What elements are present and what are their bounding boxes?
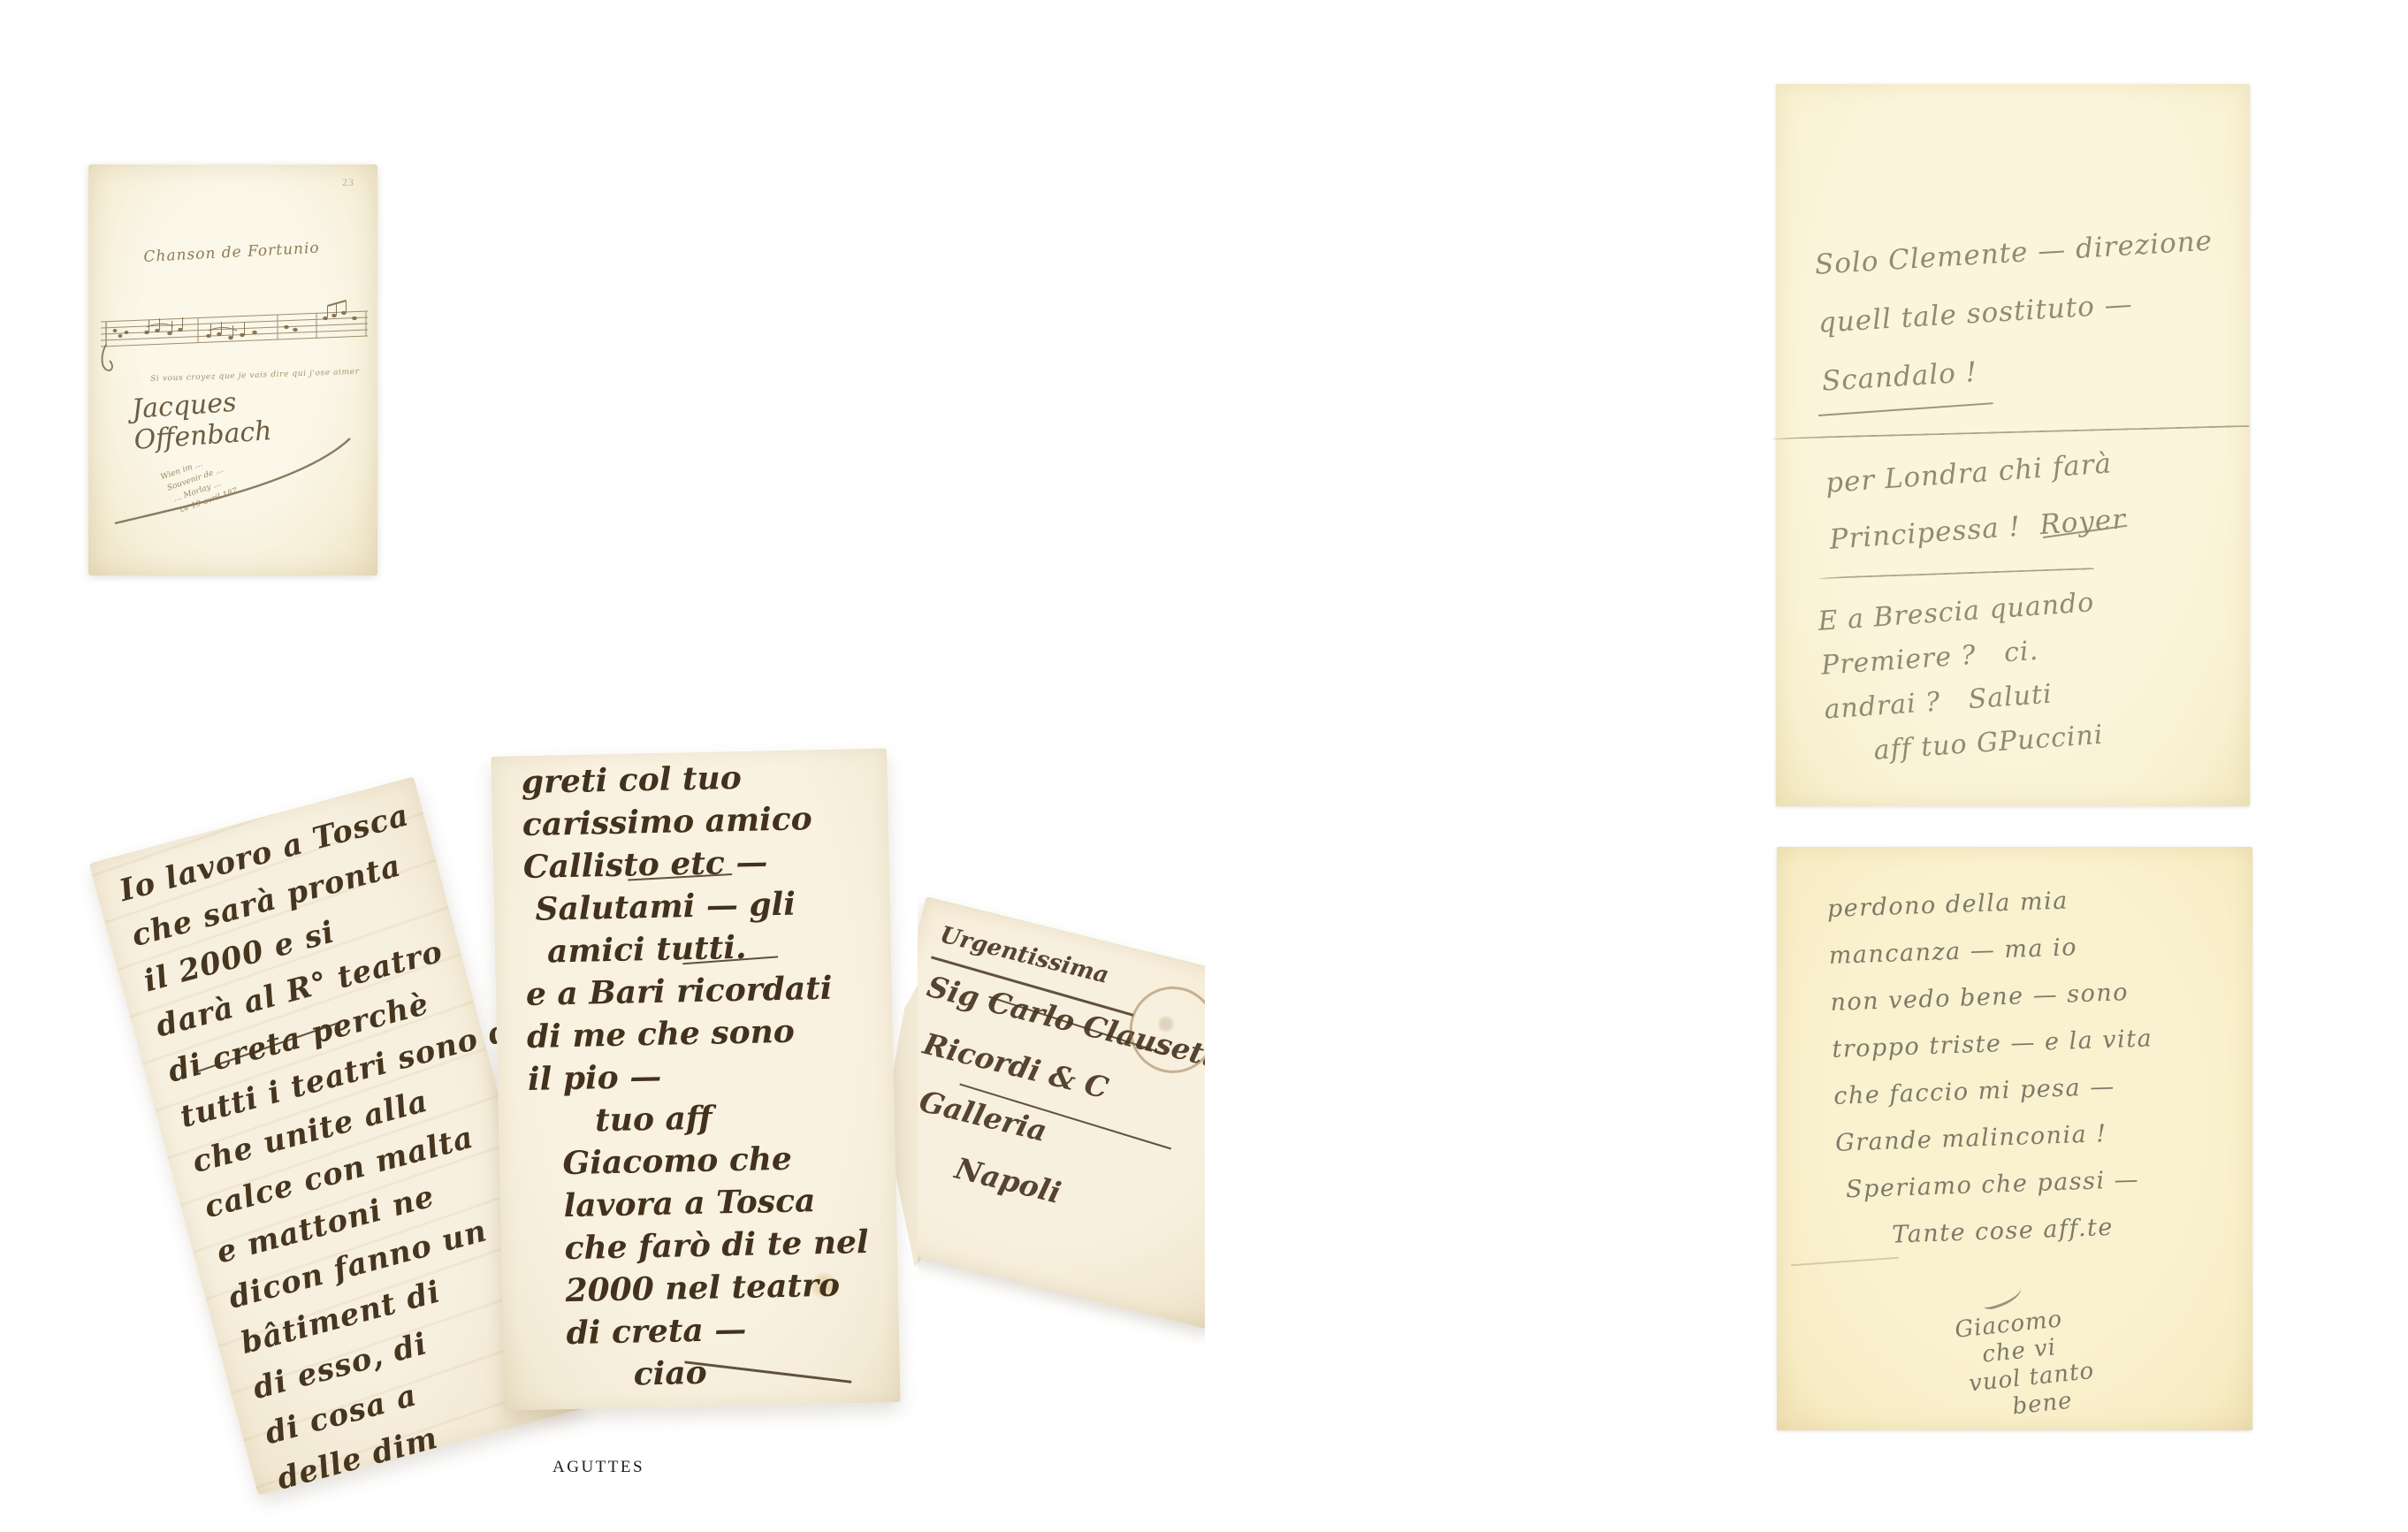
puccini-note-bottom: perdono della miamancanza — ma ionon ved… — [1777, 847, 2252, 1430]
music-staff — [94, 292, 373, 377]
note-block: per Londra chi faràPrincipessa ! Royer — [1824, 435, 2128, 568]
handwriting-line: che farò di te nel — [530, 1221, 869, 1270]
ruled-line — [1772, 425, 2250, 439]
handwriting-line: di creta — — [532, 1306, 871, 1355]
ink-flourish — [1980, 1283, 2024, 1311]
handwriting-line: tuo aff — [528, 1094, 866, 1143]
handwriting-line: carissimo amico — [522, 796, 860, 846]
letter-text: greti col tuocarissimo amicoCallisto etc… — [521, 754, 872, 1398]
handwriting-line: ciao — [533, 1348, 872, 1398]
handwriting-line: Tante cose aff.te — [1838, 1202, 2160, 1261]
handwriting-line: amici tutti. — [524, 924, 863, 973]
handwriting-line: 2000 nel teatro — [531, 1263, 870, 1313]
brand-wordmark: AGUTTES — [552, 1458, 644, 1477]
envelope-address: UrgentissimaSig Carlo Clausetti Ricordi … — [918, 911, 1205, 1253]
puccini-envelope: UrgentissimaSig Carlo Clausetti Ricordi … — [918, 896, 1205, 1330]
catalog-page: 23 Chanson de Fortunio — [0, 0, 2408, 1532]
handwriting-line: Salutami — gli — [523, 881, 862, 931]
puccini-letter-middle: greti col tuocarissimo amicoCallisto etc… — [491, 748, 900, 1410]
handwriting-line: greti col tuo — [521, 754, 859, 804]
puccini-note-top: Solo Clemente — direzionequell tale sost… — [1776, 84, 2250, 806]
handwriting-line: Giacomo che — [529, 1136, 867, 1185]
handwriting-line: di me che sono — [526, 1009, 865, 1058]
handwriting-line: il pio — — [527, 1051, 865, 1101]
page-number: 23 — [342, 176, 354, 189]
manuscript-title: Chanson de Fortunio — [143, 240, 320, 266]
ruled-line — [1818, 568, 2094, 579]
note-block: Solo Clemente — direzionequell tale sost… — [1813, 211, 2221, 410]
envelope-crop: UrgentissimaSig Carlo Clausetti Ricordi … — [918, 873, 1205, 1355]
offenbach-leaf: 23 Chanson de Fortunio — [88, 164, 377, 575]
handwriting-line: lavora a Tosca — [530, 1178, 868, 1228]
handwriting-line: Callisto etc — — [522, 839, 861, 888]
giacomo-signature: Giacomo che vi vuol tanto bene — [1954, 1303, 2099, 1426]
handwriting-line: e a Bari ricordati — [525, 966, 864, 1016]
note-text: perdono della miamancanza — ma ionon ved… — [1826, 874, 2160, 1260]
note-block: E a Brescia quandoPremiere ? ci.andrai ?… — [1817, 581, 2105, 776]
